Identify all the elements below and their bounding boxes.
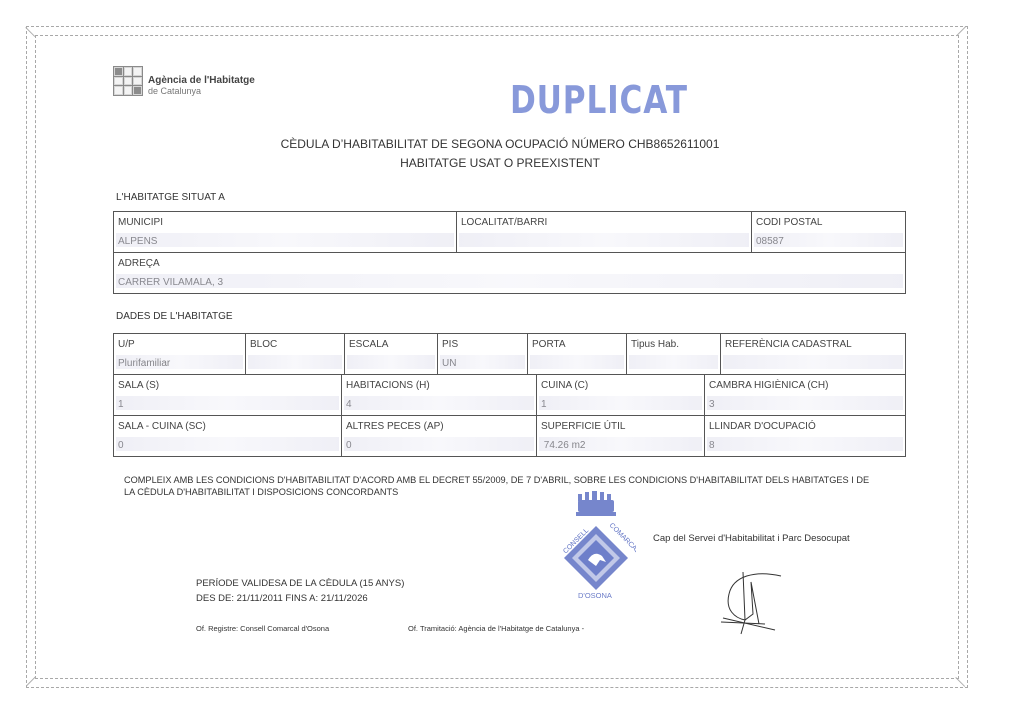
- signatory-title: Cap del Servei d'Habitabilitat i Parc De…: [653, 533, 850, 544]
- llindar-ocupacio-value: 8: [709, 440, 905, 451]
- bloc-cell: BLOC: [246, 334, 345, 375]
- location-table: MUNICIPI ALPENS LOCALITAT/BARRI CODI POS…: [113, 211, 906, 294]
- office-registre: Of. Registre: Consell Comarcal d'Osona: [196, 624, 329, 633]
- superficie-util-cell: SUPERFICIE ÚTIL 74.26 m2: [537, 416, 705, 457]
- sala-cuina-cell: SALA - CUINA (SC)0: [114, 416, 342, 457]
- municipi-cell: MUNICIPI ALPENS: [114, 212, 457, 253]
- seal-bottom-text: D'OSONA: [578, 591, 612, 600]
- up-value: Plurifamiliar: [118, 358, 245, 369]
- municipi-label: MUNICIPI: [118, 217, 456, 228]
- sala-cuina-value: 0: [118, 440, 341, 451]
- decree-line-2: LA CÈDULA D'HABITABILITAT I DISPOSICIONS…: [124, 486, 869, 498]
- escala-label: ESCALA: [349, 339, 437, 350]
- agency-grid-logo-icon: [113, 66, 143, 96]
- document-subtitle: HABITATGE USAT O PREEXISTENT: [0, 156, 1000, 170]
- consell-comarcal-seal-icon: CONSELL COMARCAL D'OSONA: [556, 486, 636, 602]
- dwelling-row1-table: U/PPlurifamiliar BLOC ESCALA PISUN PORTA…: [113, 333, 906, 375]
- duplicate-stamp: DUPLICAT: [510, 78, 688, 122]
- altres-peces-cell: ALTRES PECES (AP)0: [342, 416, 537, 457]
- llindar-ocupacio-label: LLINDAR D'OCUPACIÓ: [709, 421, 905, 432]
- sala-cell: SALA (S)1: [114, 375, 342, 416]
- bloc-label: BLOC: [250, 339, 344, 350]
- municipi-value: ALPENS: [118, 236, 456, 247]
- handwritten-signature-icon: [715, 568, 805, 638]
- document-title: CÈDULA D’HABITABILITAT DE SEGONA OCUPACI…: [0, 137, 1000, 151]
- localitat-cell: LOCALITAT/BARRI: [457, 212, 752, 253]
- altres-peces-value: 0: [346, 440, 536, 451]
- cuina-cell: CUINA (C)1: [537, 375, 705, 416]
- cambra-higienica-label: CAMBRA HIGIÈNICA (CH): [709, 380, 905, 391]
- tipus-hab-label: Tipus Hab.: [631, 339, 720, 350]
- agency-name: Agència de l'Habitatge: [148, 75, 255, 86]
- adreca-cell: ADREÇA CARRER VILAMALA, 3: [114, 253, 906, 294]
- dwelling-rooms-table: SALA (S)1 HABITACIONS (H)4 CUINA (C)1 CA…: [113, 374, 906, 457]
- habitacions-value: 4: [346, 399, 536, 410]
- superficie-util-value: 74.26 m2: [541, 440, 704, 451]
- codi-postal-value: 08587: [756, 236, 905, 247]
- pis-cell: PISUN: [438, 334, 528, 375]
- escala-cell: ESCALA: [345, 334, 438, 375]
- cambra-higienica-value: 3: [709, 399, 905, 410]
- sala-value: 1: [118, 399, 341, 410]
- tipus-hab-cell: Tipus Hab.: [627, 334, 721, 375]
- agency-subname: de Catalunya: [148, 86, 201, 96]
- cuina-value: 1: [541, 399, 704, 410]
- porta-cell: PORTA: [528, 334, 627, 375]
- sala-cuina-label: SALA - CUINA (SC): [118, 421, 341, 432]
- pis-label: PIS: [442, 339, 527, 350]
- adreca-value: CARRER VILAMALA, 3: [118, 277, 905, 288]
- validity-dates: DES DE: 21/11/2011 FINS A: 21/11/2026: [196, 591, 404, 606]
- location-section-label: L'HABITATGE SITUAT A: [116, 192, 225, 203]
- referencia-cadastral-cell: REFERÈNCIA CADASTRAL: [721, 334, 906, 375]
- decree-line-1: COMPLEIX AMB LES CONDICIONS D'HABITABILI…: [124, 474, 869, 486]
- validity-period: PERÍODE VALIDESA DE LA CÈDULA (15 ANYS): [196, 576, 404, 591]
- adreca-label: ADREÇA: [118, 258, 905, 269]
- referencia-cadastral-label: REFERÈNCIA CADASTRAL: [725, 339, 905, 350]
- llindar-ocupacio-cell: LLINDAR D'OCUPACIÓ8: [705, 416, 906, 457]
- superficie-util-label: SUPERFICIE ÚTIL: [541, 421, 704, 432]
- cambra-higienica-cell: CAMBRA HIGIÈNICA (CH)3: [705, 375, 906, 416]
- office-tramitacio: Of. Tramitació: Agència de l'Habitatge d…: [408, 624, 584, 633]
- porta-label: PORTA: [532, 339, 626, 350]
- codi-postal-cell: CODI POSTAL 08587: [752, 212, 906, 253]
- habitacions-label: HABITACIONS (H): [346, 380, 536, 391]
- codi-postal-label: CODI POSTAL: [756, 217, 905, 228]
- validity-block: PERÍODE VALIDESA DE LA CÈDULA (15 ANYS) …: [196, 576, 404, 606]
- habitacions-cell: HABITACIONS (H)4: [342, 375, 537, 416]
- cuina-label: CUINA (C): [541, 380, 704, 391]
- localitat-label: LOCALITAT/BARRI: [461, 217, 751, 228]
- altres-peces-label: ALTRES PECES (AP): [346, 421, 536, 432]
- up-label: U/P: [118, 339, 245, 350]
- pis-value: UN: [442, 358, 527, 369]
- up-cell: U/PPlurifamiliar: [114, 334, 246, 375]
- decree-statement: COMPLEIX AMB LES CONDICIONS D'HABITABILI…: [124, 474, 869, 498]
- dwelling-section-label: DADES DE L'HABITATGE: [116, 311, 233, 322]
- sala-label: SALA (S): [118, 380, 341, 391]
